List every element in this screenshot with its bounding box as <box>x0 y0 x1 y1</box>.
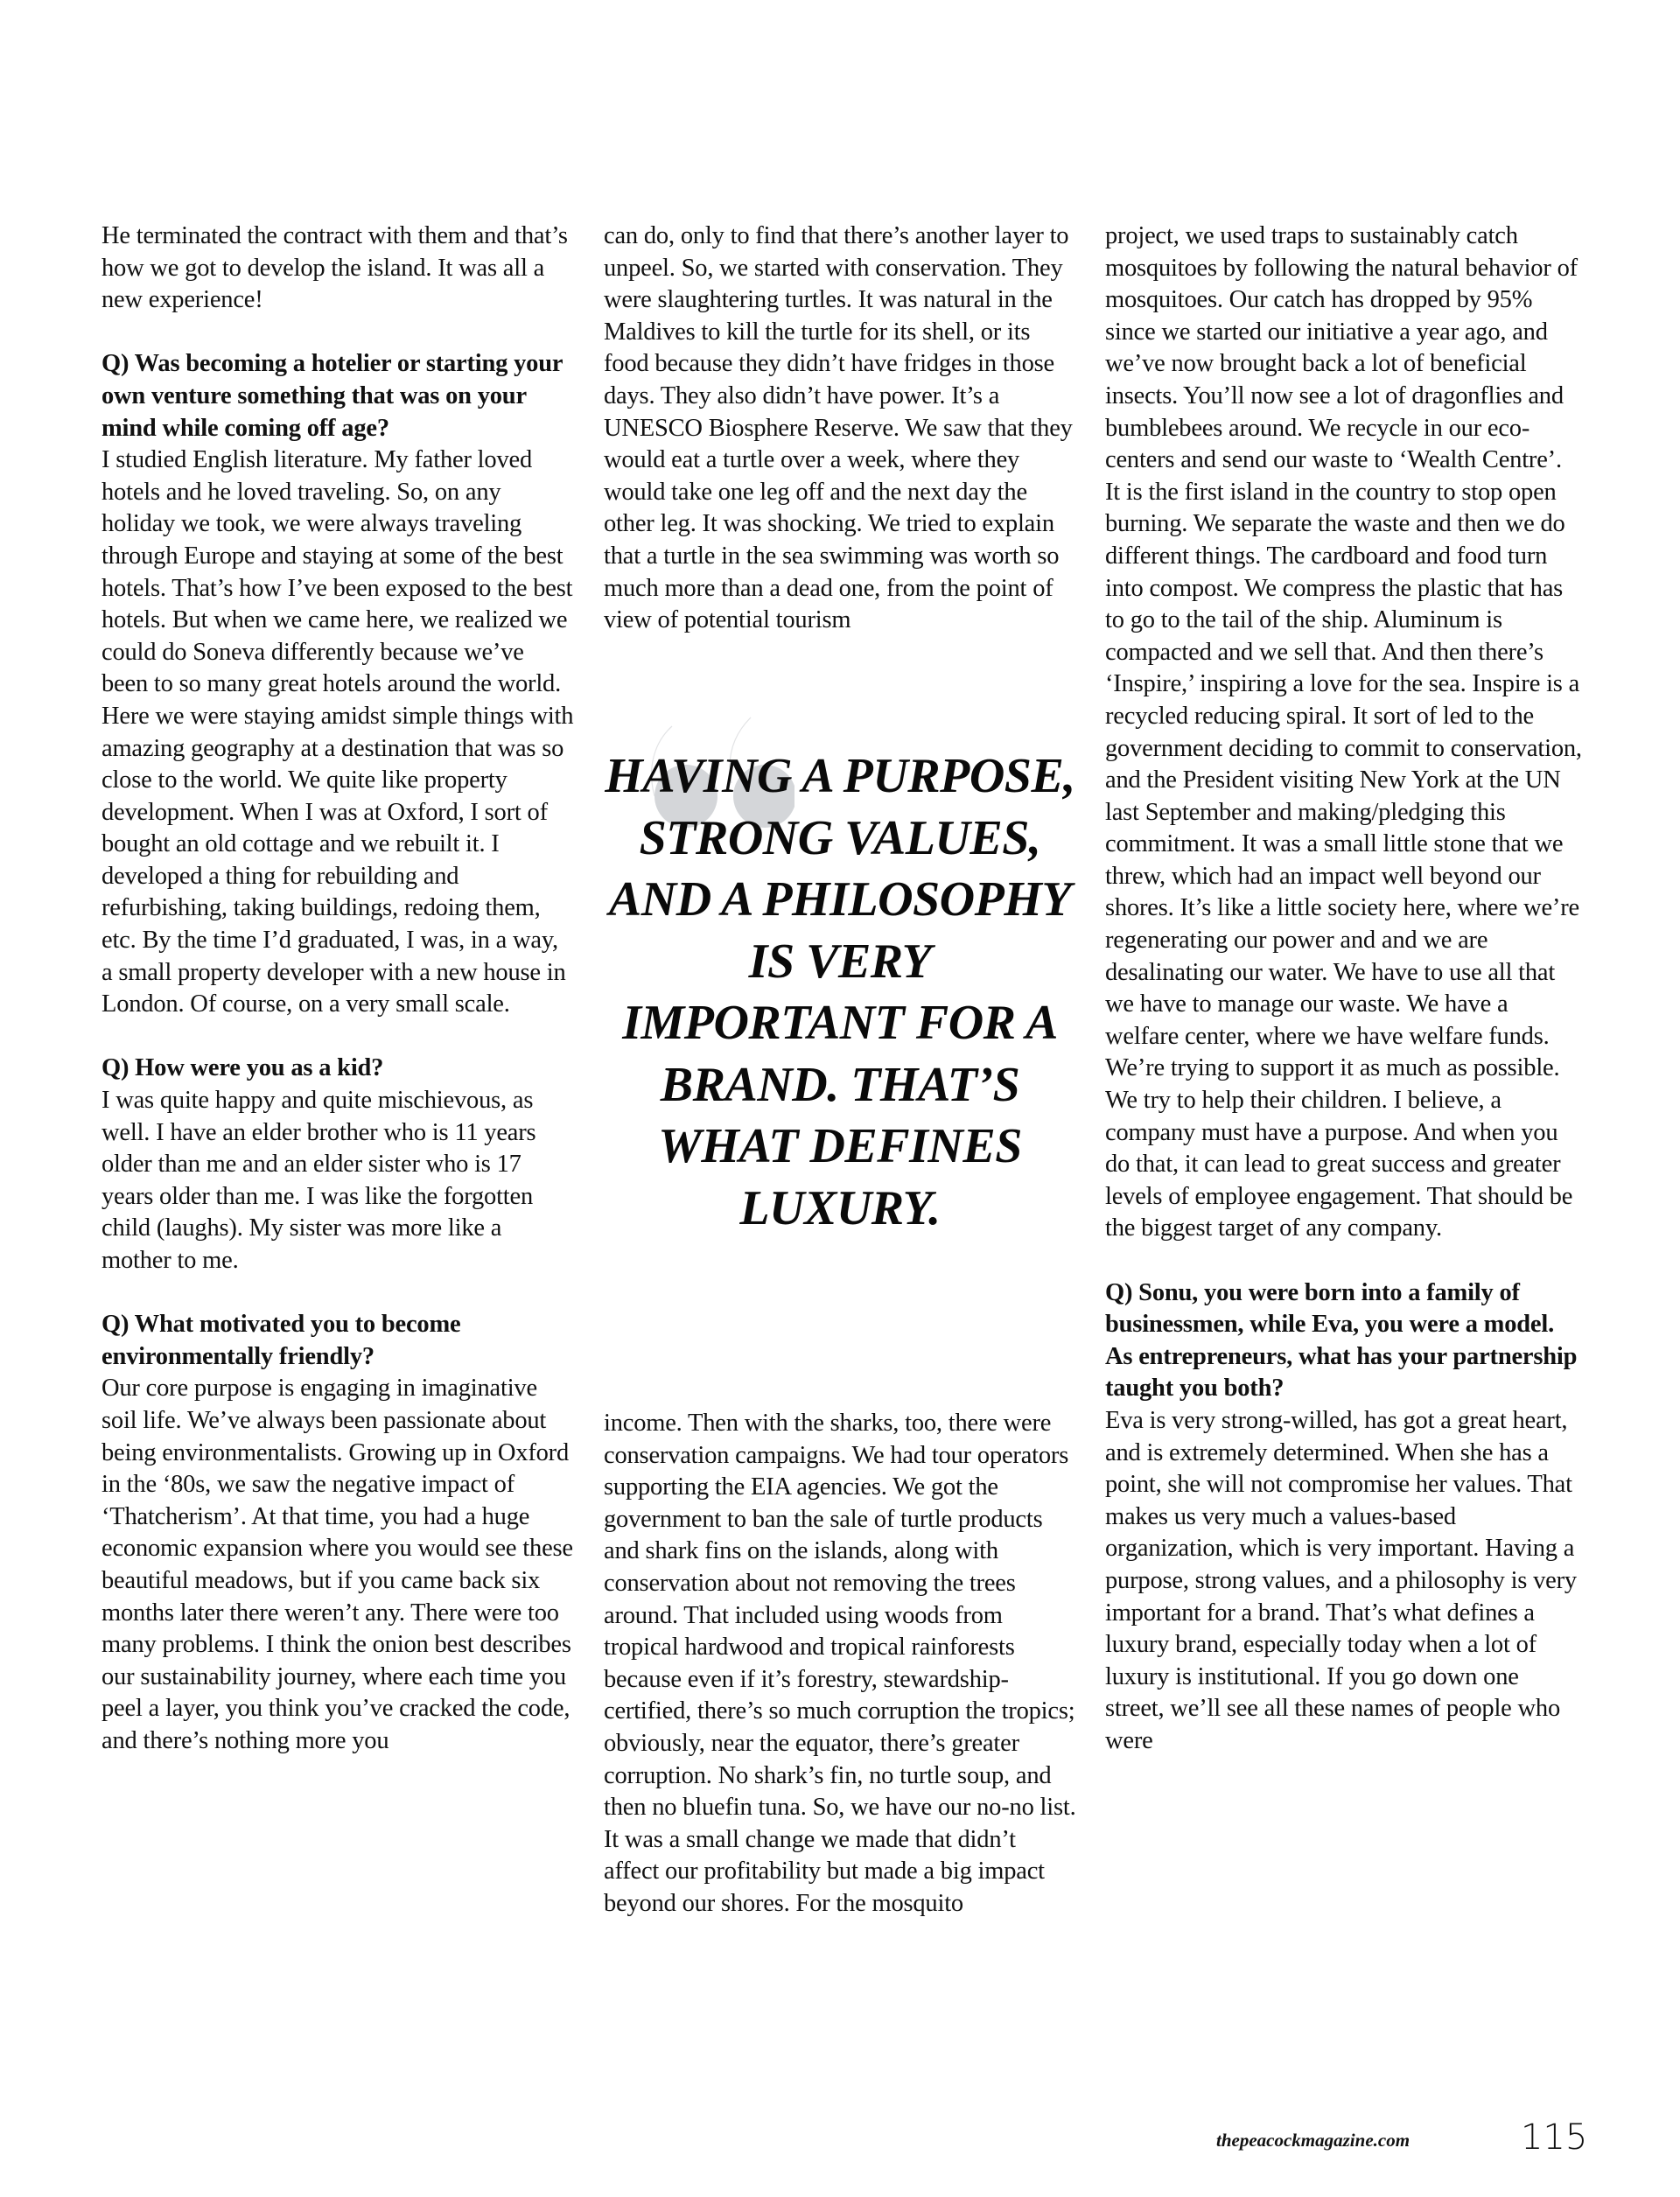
interview-answer: Our core purpose is engaging in imaginat… <box>101 1373 574 1757</box>
pull-quote: HAVING A PURPOSE, STRONG VALUES, AND A P… <box>604 735 1076 1239</box>
article-column-3: project, we used traps to sustainably ca… <box>1105 220 1582 1758</box>
qa-block: Q) How were you as a kid? I was quite ha… <box>101 1053 574 1277</box>
footer-website-link[interactable]: thepeacockmagazine.com <box>1216 2130 1410 2152</box>
interview-question: Q) How were you as a kid? <box>101 1053 574 1085</box>
qa-block: Q) What motivated you to become environm… <box>101 1309 574 1757</box>
interview-question: Q) Was becoming a hotelier or starting y… <box>101 348 574 444</box>
interview-question: Q) What motivated you to become environm… <box>101 1309 574 1373</box>
article-column-1: He terminated the contract with them and… <box>101 220 574 1758</box>
page-number: 115 <box>1521 2117 1587 2158</box>
pull-quote-text: HAVING A PURPOSE, STRONG VALUES, AND A P… <box>604 735 1076 1239</box>
interview-question: Q) Sonu, you were born into a family of … <box>1105 1277 1582 1405</box>
body-paragraph: project, we used traps to sustainably ca… <box>1105 220 1582 1245</box>
interview-answer: I studied English literature. My father … <box>101 444 574 1021</box>
body-paragraph: can do, only to find that there’s anothe… <box>604 220 1076 637</box>
qa-block: Q) Was becoming a hotelier or starting y… <box>101 348 574 1020</box>
body-paragraph: income. Then with the sharks, too, there… <box>604 1408 1076 1921</box>
interview-answer: I was quite happy and quite mischievous,… <box>101 1085 574 1277</box>
interview-answer: Eva is very strong-willed, has got a gre… <box>1105 1405 1582 1758</box>
body-paragraph: He terminated the contract with them and… <box>101 220 574 317</box>
qa-block: Q) Sonu, you were born into a family of … <box>1105 1277 1582 1758</box>
magazine-page: He terminated the contract with them and… <box>0 0 1680 2197</box>
